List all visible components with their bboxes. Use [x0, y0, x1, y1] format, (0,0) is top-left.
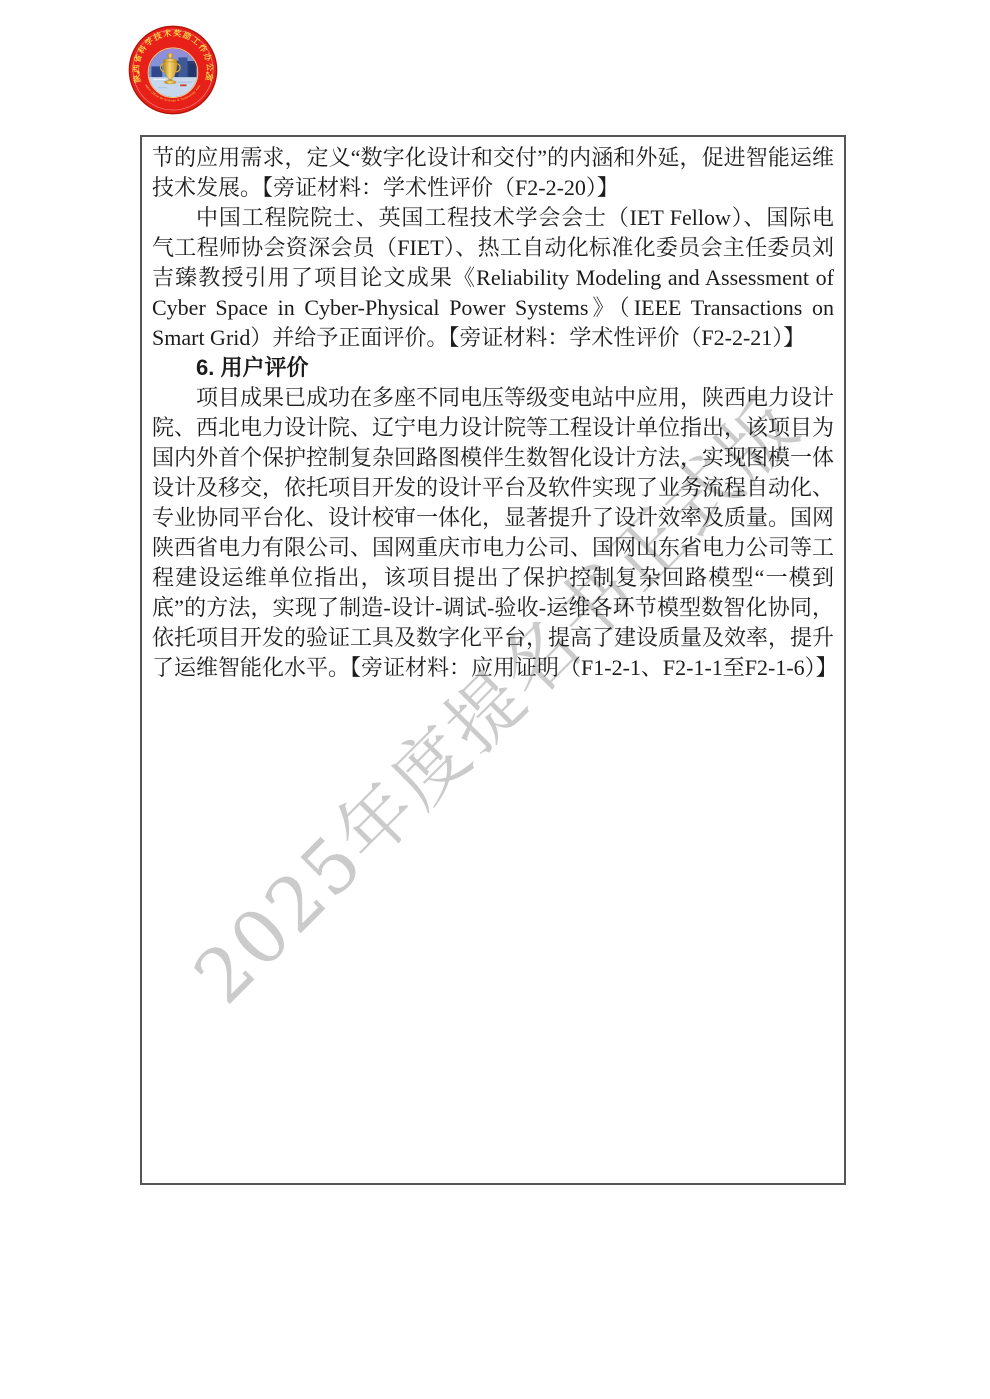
section-heading-user-evaluation: 6. 用户评价 — [152, 353, 834, 383]
seal-star-right-icon: ★ — [205, 71, 210, 77]
paragraph-continuation: 节的应用需求，定义“数字化设计和交付”的内涵和外延，促进智能运维技术发展。【旁证… — [152, 143, 834, 203]
paragraph-expert-evaluation: 中国工程院院士、英国工程技术学会会士（IET Fellow）、国际电气工程师协会… — [152, 203, 834, 353]
award-office-seal-logo: 陕西省科学技术奖励工作办公室 Shaanxi Office Of Science… — [128, 25, 218, 115]
document-page: 陕西省科学技术奖励工作办公室 Shaanxi Office Of Science… — [0, 0, 990, 1399]
seal-star-left-icon: ★ — [136, 71, 141, 77]
paragraph-user-evaluation: 项目成果已成功在多座不同电压等级变电站中应用，陕西电力设计院、西北电力设计院、辽… — [152, 383, 834, 683]
document-table-cell: 节的应用需求，定义“数字化设计和交付”的内涵和外延，促进智能运维技术发展。【旁证… — [140, 135, 846, 1185]
